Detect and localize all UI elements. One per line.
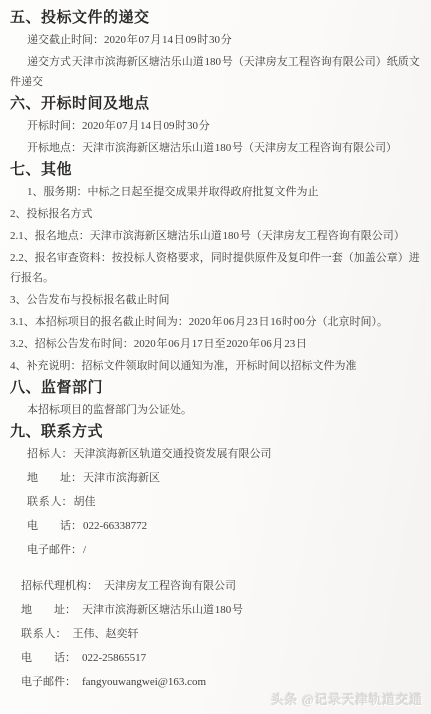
section-heading: 九、联系方式 bbox=[10, 422, 425, 442]
contact-line: 地 址：天津市滨海新区 bbox=[10, 468, 425, 488]
section-heading: 八、监督部门 bbox=[10, 378, 425, 398]
contact-value: 胡佳 bbox=[74, 496, 96, 508]
doc-paragraph: 递交截止时间：2020 年 07 月 14 日 09 时 30 分 bbox=[10, 30, 425, 50]
contact-line: 电子邮件：/ bbox=[10, 540, 425, 560]
contact-value: fangyouwangwei@163.com bbox=[82, 676, 206, 688]
contact-value: 天津滨海新区轨道交通投资发展有限公司 bbox=[74, 448, 272, 460]
doc-paragraph: 4、补充说明：招标文件领取时间以通知为准，开标时间以招标文件为准 bbox=[10, 356, 425, 376]
contact-label: 联 系 人： bbox=[27, 496, 73, 508]
contact-line: 联 系 人：胡佳 bbox=[10, 492, 425, 512]
doc-paragraph: 2.2、报名审查资料：按投标人资格要求，同时提供原件及复印件一套（加盖公章）进行… bbox=[10, 248, 425, 288]
contact-line: 地 址：天津市滨海新区塘沽乐山道 180 号 bbox=[10, 600, 425, 620]
contact-label: 电 话： bbox=[21, 652, 76, 664]
contact-label: 招 标 人： bbox=[27, 448, 73, 460]
contact-label: 联 系 人： bbox=[21, 628, 67, 640]
contact-label: 电子邮件： bbox=[27, 544, 82, 556]
doc-paragraph: 1、服务期：中标之日起至提交成果并取得政府批复文件为止 bbox=[10, 182, 425, 202]
doc-paragraph: 2.1、报名地点：天津市滨海新区塘沽乐山道 180 号（天津房友工程咨询有限公司… bbox=[10, 226, 425, 246]
contact-line: 电 话：022-66338772 bbox=[10, 516, 425, 536]
contact-label: 地 址： bbox=[21, 604, 76, 616]
document-body: 五、投标文件的递交递交截止时间：2020 年 07 月 14 日 09 时 30… bbox=[10, 8, 425, 692]
doc-paragraph: 开标时间：2020 年 07 月 14 日 09 时 30 分 bbox=[10, 116, 425, 136]
contact-value: 022-25865517 bbox=[82, 652, 146, 664]
doc-paragraph: 开标地点：天津市滨海新区塘沽乐山道 180 号（天津房友工程咨询有限公司） bbox=[10, 138, 425, 158]
contact-value: / bbox=[83, 544, 86, 556]
section-heading: 六、开标时间及地点 bbox=[10, 94, 425, 114]
document-page: 五、投标文件的递交递交截止时间：2020 年 07 月 14 日 09 时 30… bbox=[0, 0, 431, 714]
contact-label: 招标代理机构： bbox=[21, 580, 98, 592]
contact-line: 招 标 人：天津滨海新区轨道交通投资发展有限公司 bbox=[10, 444, 425, 464]
contact-value: 天津市滨海新区塘沽乐山道 180 号 bbox=[82, 604, 243, 616]
doc-paragraph: 本招标项目的监督部门为公证处。 bbox=[10, 400, 425, 420]
contact-label: 电子邮件： bbox=[21, 676, 76, 688]
contact-value: 王伟、赵奕轩 bbox=[73, 628, 139, 640]
contact-value: 天津市滨海新区 bbox=[83, 472, 160, 484]
contact-value: 022-66338772 bbox=[83, 520, 147, 532]
doc-paragraph: 3.2、招标公告发布时间：2020 年 06 月 17 日至 2020 年 06… bbox=[10, 334, 425, 354]
contact-line: 招标代理机构：天津房友工程咨询有限公司 bbox=[10, 576, 425, 596]
contact-line: 联 系 人：王伟、赵奕轩 bbox=[10, 624, 425, 644]
doc-paragraph: 3、公告发布与投标报名截止时间 bbox=[10, 290, 425, 310]
contact-label: 电 话： bbox=[27, 520, 82, 532]
contact-label: 地 址： bbox=[27, 472, 82, 484]
section-heading: 七、其他 bbox=[10, 160, 425, 180]
section-heading: 五、投标文件的递交 bbox=[10, 8, 425, 28]
toutiao-watermark: 头条 @记录天津轨道交通 bbox=[271, 690, 423, 708]
doc-paragraph: 递交方式 天津市滨海新区塘沽乐山道 180 号（天津房友工程咨询有限公司）纸质文… bbox=[10, 52, 425, 92]
contact-line: 电 话：022-25865517 bbox=[10, 648, 425, 668]
contact-line: 电子邮件：fangyouwangwei@163.com bbox=[10, 672, 425, 692]
doc-paragraph: 3.1、本招标项目的报名截止时间为：2020 年 06 月 23 日 16 时 … bbox=[10, 312, 425, 332]
doc-paragraph: 2、投标报名方式 bbox=[10, 204, 425, 224]
contact-value: 天津房友工程咨询有限公司 bbox=[104, 580, 236, 592]
